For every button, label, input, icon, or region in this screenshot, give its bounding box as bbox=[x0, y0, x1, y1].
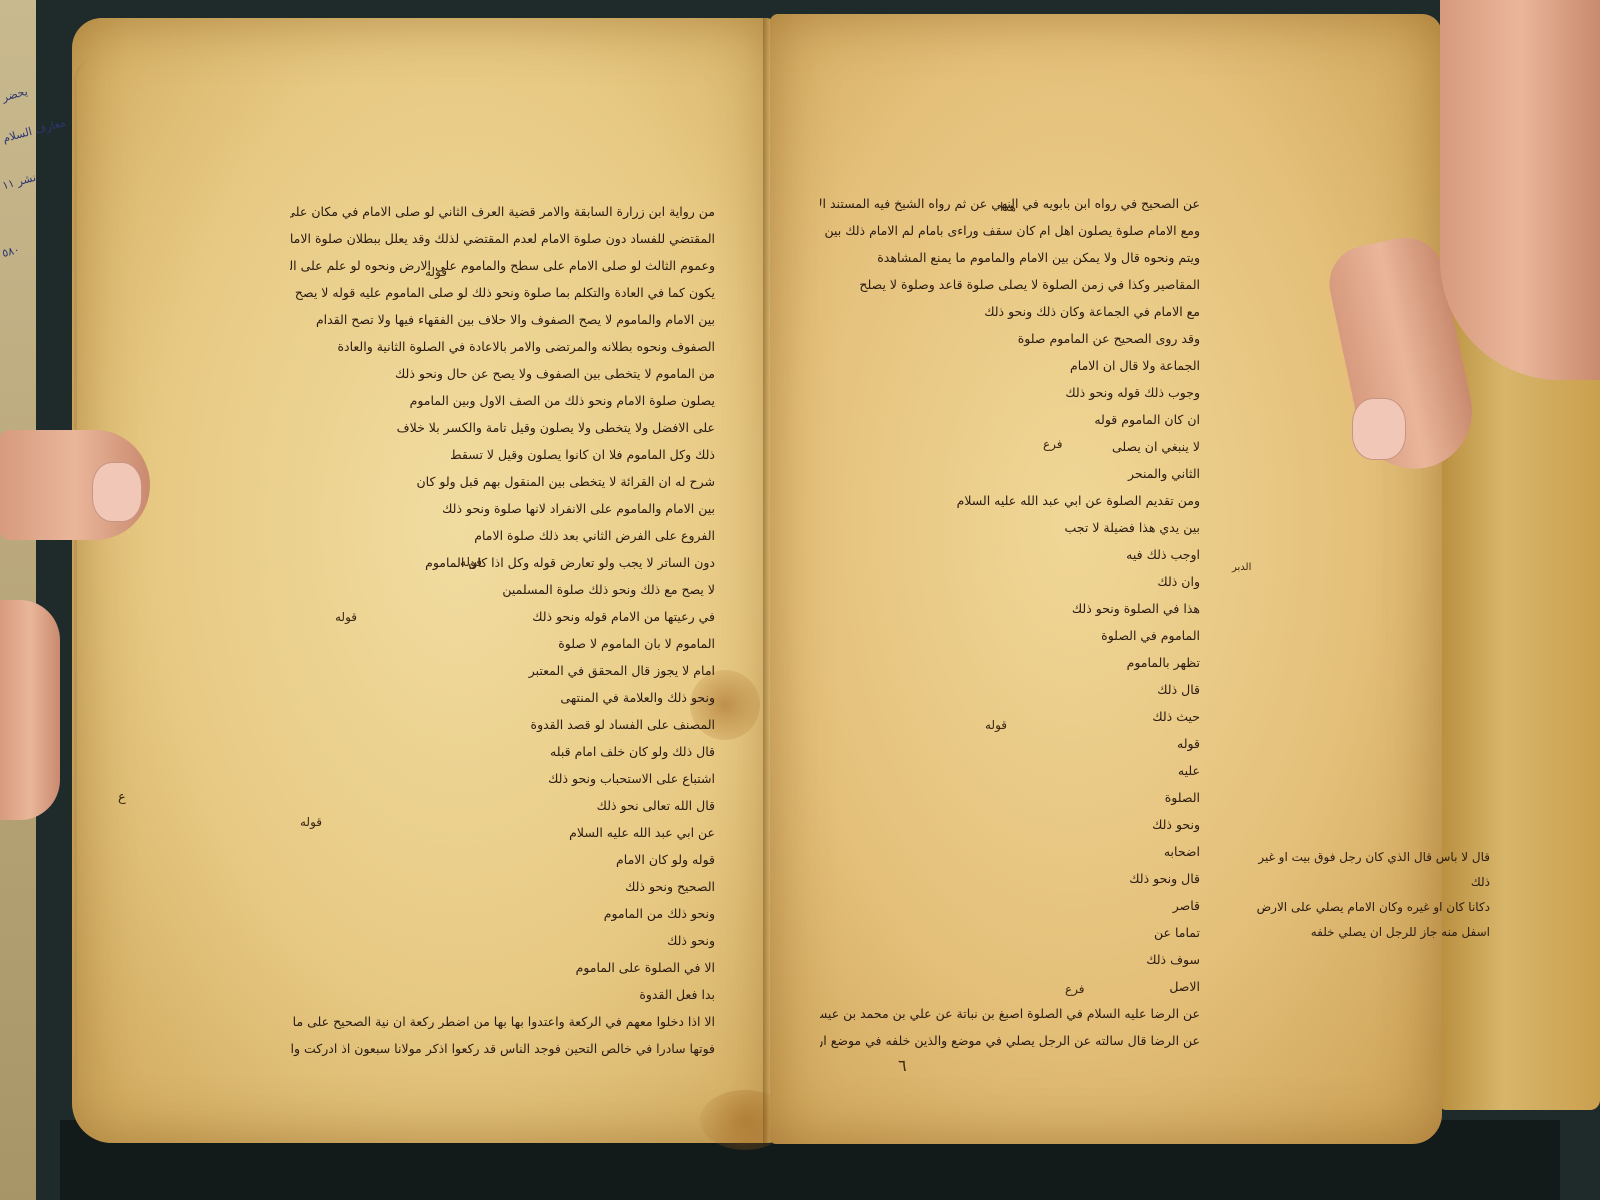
text-line: من رواية ابن زرارة السابقة والامر قضية ا… bbox=[290, 198, 715, 225]
text-line: وان ذلك bbox=[820, 568, 1200, 595]
text-line: قال ونحو ذلك bbox=[820, 865, 1200, 892]
text-line: قال الله تعالى نحو ذلك bbox=[290, 792, 715, 819]
text-line: الفروع على الفرض الثاني بعد ذلك صلوة الا… bbox=[290, 522, 715, 549]
text-line: تظهر بالماموم bbox=[820, 649, 1200, 676]
text-line: يصلون صلوة الامام ونحو ذلك من الصف الاول… bbox=[290, 387, 715, 414]
text-line: ومن تقديم الصلوة عن ابي عبد الله عليه ال… bbox=[820, 487, 1200, 514]
left-hand bbox=[0, 600, 60, 820]
right-hand bbox=[1440, 0, 1600, 380]
text-line: ويتم ونحوه قال ولا يمكن بين الامام والما… bbox=[820, 244, 1200, 271]
text-line: بين الامام والماموم على الانفراد لانها ص… bbox=[290, 495, 715, 522]
text-line: تماما عن bbox=[820, 919, 1200, 946]
margin-mark: ع bbox=[118, 790, 126, 805]
text-line: الماموم في الصلوة bbox=[820, 622, 1200, 649]
rubric-word: فرع bbox=[1065, 982, 1085, 996]
text-line: دون الساتر لا يجب ولو تعارض قوله وكل اذا… bbox=[290, 549, 715, 576]
right-page-text: عن الصحيح في رواه ابن بابويه في النهي عن… bbox=[820, 190, 1200, 1054]
text-line: يكون كما في العادة والتكلم بما صلوة ونحو… bbox=[290, 279, 715, 306]
text-line: لا ينبغي ان يصلى bbox=[820, 433, 1200, 460]
text-line: الصفوف ونحوه بطلانه والمرتضى والامر بالا… bbox=[290, 333, 715, 360]
text-line: الصلوة bbox=[820, 784, 1200, 811]
text-line: هذا في الصلوة ونحو ذلك bbox=[820, 595, 1200, 622]
text-line: عن الرضا قال سالته عن الرجل يصلي في موضع… bbox=[820, 1027, 1200, 1054]
text-line: بين الامام والماموم لا يصح الصفوف والا ح… bbox=[290, 306, 715, 333]
side-mark: الدبر bbox=[1232, 562, 1251, 573]
marginal-note: قال لا باس قال الذي كان رجل فوق بيت او غ… bbox=[1240, 845, 1490, 945]
text-line: مع الامام في الجماعة وكان ذلك ونحو ذلك bbox=[820, 298, 1200, 325]
fingernail bbox=[1352, 398, 1406, 460]
rubric-word: قوله bbox=[300, 815, 322, 829]
text-line: امام لا يجوز قال المحقق في المعتبر bbox=[290, 657, 715, 684]
text-line: قال ذلك bbox=[820, 676, 1200, 703]
text-line: حيث ذلك bbox=[820, 703, 1200, 730]
text-line: الجماعة ولا قال ان الامام bbox=[820, 352, 1200, 379]
rubric-word: فرع bbox=[1043, 437, 1063, 451]
text-line: وجوب ذلك قوله ونحو ذلك bbox=[820, 379, 1200, 406]
margin-note-line: اسفل منه جاز للرجل ان يصلي خلفه bbox=[1240, 920, 1490, 945]
rubric-word: قوله bbox=[425, 265, 447, 279]
text-line: على الافضل ولا يتخطى ولا يصلون وقيل تامة… bbox=[290, 414, 715, 441]
text-line: ذلك وكل الماموم فلا ان كانوا يصلون وقيل … bbox=[290, 441, 715, 468]
text-line: ونحو ذلك من الماموم bbox=[290, 900, 715, 927]
text-line: ونحو ذلك bbox=[290, 927, 715, 954]
rubric-word: قوله bbox=[985, 718, 1007, 732]
text-line: سوف ذلك bbox=[820, 946, 1200, 973]
text-line: شرح له ان القرائة لا يتخطى بين المنقول ب… bbox=[290, 468, 715, 495]
text-line: قوله ولو كان الامام bbox=[290, 846, 715, 873]
text-line: من الماموم لا يتخطى بين الصفوف ولا يصح ع… bbox=[290, 360, 715, 387]
manuscript-photo: يحضر معارف السلام نشر ١١ ٥٨٠ من رواية اب… bbox=[0, 0, 1600, 1200]
text-line: المقاصير وكذا في زمن الصلوة لا يصلى صلوة… bbox=[820, 271, 1200, 298]
rubric-word: هذا bbox=[1000, 200, 1016, 214]
text-line: قال ذلك ولو كان خلف امام قبله bbox=[290, 738, 715, 765]
text-line: ونحو ذلك bbox=[820, 811, 1200, 838]
left-page-text: من رواية ابن زرارة السابقة والامر قضية ا… bbox=[290, 198, 715, 1062]
text-line: فوتها سادرا في خالص التحين فوجد الناس قد… bbox=[290, 1035, 715, 1062]
text-line: الثاني والمنحر bbox=[820, 460, 1200, 487]
text-line: المصنف على الفساد لو قصد القدوة bbox=[290, 711, 715, 738]
text-line: وقد روى الصحيح عن الماموم صلوة bbox=[820, 325, 1200, 352]
thumbnail bbox=[92, 462, 142, 522]
text-line: الصحيح ونحو ذلك bbox=[290, 873, 715, 900]
text-line: قاصر bbox=[820, 892, 1200, 919]
text-line: قوله bbox=[820, 730, 1200, 757]
rubric-word: قوله bbox=[335, 610, 357, 624]
text-line: بدا فعل القدوة bbox=[290, 981, 715, 1008]
text-line: وعموم الثالث لو صلى الامام على سطح والما… bbox=[290, 252, 715, 279]
text-line: لا يصح مع ذلك ونحو ذلك صلوة المسلمين bbox=[290, 576, 715, 603]
text-line: ان كان الماموم قوله bbox=[820, 406, 1200, 433]
text-line: المقتضي للفساد دون صلوة الامام لعدم المق… bbox=[290, 225, 715, 252]
text-line: اوجب ذلك فيه bbox=[820, 541, 1200, 568]
page-number: ٦ bbox=[898, 1056, 907, 1075]
text-line: اضحابه bbox=[820, 838, 1200, 865]
text-line: عن ابي عبد الله عليه السلام bbox=[290, 819, 715, 846]
text-line: بين يدي هذا فضيلة لا تجب bbox=[820, 514, 1200, 541]
left-page-edges bbox=[74, 60, 117, 1130]
text-line: اشتباع على الاستحباب ونحو ذلك bbox=[290, 765, 715, 792]
text-line: الا اذا دخلوا معهم في الركعة واعتدوا بها… bbox=[290, 1008, 715, 1035]
text-line: الماموم لا بان الماموم لا صلوة bbox=[290, 630, 715, 657]
text-line: عليه bbox=[820, 757, 1200, 784]
margin-note-line: قال لا باس قال الذي كان رجل فوق بيت او غ… bbox=[1240, 845, 1490, 895]
text-line: الاصل bbox=[820, 973, 1200, 1000]
rubric-word: قوله bbox=[460, 555, 482, 569]
text-line: الا في الصلوة على الماموم bbox=[290, 954, 715, 981]
text-line: ومع الامام صلوة يصلون اهل ام كان سقف ورا… bbox=[820, 217, 1200, 244]
margin-note-line: دكانا كان او غيره وكان الامام يصلي على ا… bbox=[1240, 895, 1490, 920]
text-line: ونحو ذلك والعلامة في المنتهى bbox=[290, 684, 715, 711]
text-line: عن الرضا عليه السلام في الصلوة اصبغ بن ن… bbox=[820, 1000, 1200, 1027]
